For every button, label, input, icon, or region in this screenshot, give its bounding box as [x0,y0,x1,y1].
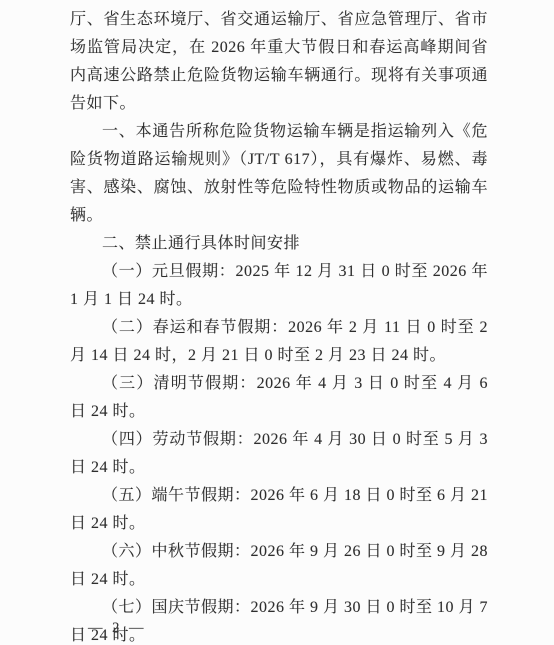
paragraph-item-6-mid-autumn: （六）中秋节假期：2026 年 9 月 26 日 0 时至 9 月 28 日 2… [70,538,488,594]
paragraph-item-1-new-year: （一）元旦假期：2025 年 12 月 31 日 0 时至 2026 年 1 月… [70,258,488,314]
paragraph-item-5-dragon-boat: （五）端午节假期：2026 年 6 月 18 日 0 时至 6 月 21 日 2… [70,482,488,538]
notice-body: 厅、省生态环境厅、省交通运输厅、省应急管理厅、省市场监管局决定，在 2026 年… [70,6,488,645]
paragraph-item-2-spring-festival: （二）春运和春节假期：2026 年 2 月 11 日 0 时至 2 月 14 日… [70,314,488,370]
paragraph-continuation: 厅、省生态环境厅、省交通运输厅、省应急管理厅、省市场监管局决定，在 2026 年… [70,6,488,118]
paragraph-section-2-heading: 二、禁止通行具体时间安排 [70,230,488,258]
paragraph-item-4-labor-day: （四）劳动节假期：2026 年 4 月 30 日 0 时至 5 月 3 日 24… [70,426,488,482]
paragraph-item-3-qingming: （三）清明节假期：2026 年 4 月 3 日 0 时至 4 月 6 日 24 … [70,370,488,426]
page-number: — 2 — [88,614,147,642]
paragraph-section-1: 一、本通告所称危险货物运输车辆是指运输列入《危险货物道路运输规则》（JT/T 6… [70,118,488,230]
document-page: 厅、省生态环境厅、省交通运输厅、省应急管理厅、省市场监管局决定，在 2026 年… [0,0,554,645]
